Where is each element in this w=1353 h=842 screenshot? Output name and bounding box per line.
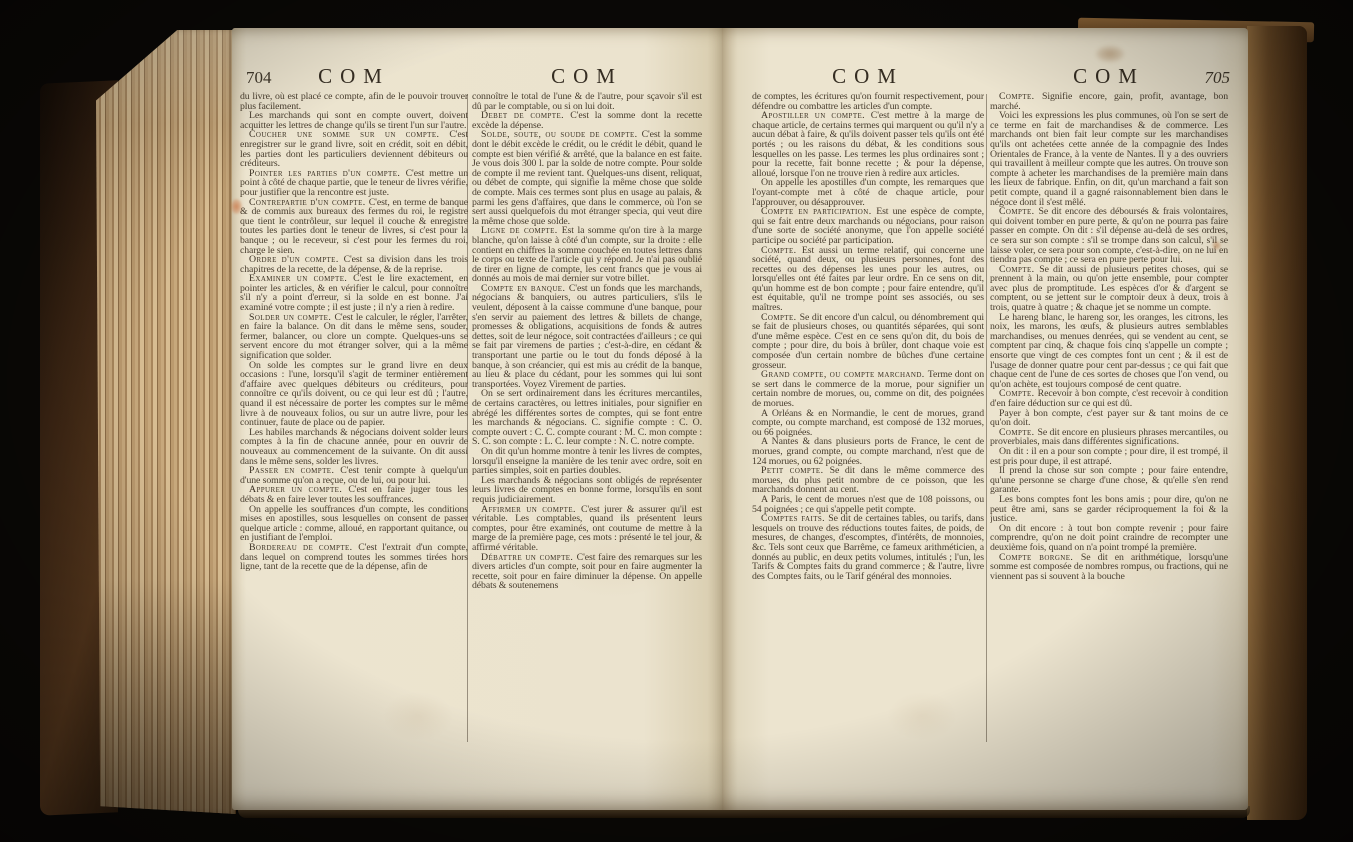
paragraph: Ligne de compte. Est la somme qu'on tire… [472,226,702,284]
paragraph: On dit : il en a pour son compte ; pour … [990,447,1228,466]
entry-head: Passer en compte. [249,465,340,476]
entry-head: Debet de compte. [481,110,570,121]
page-number-right: 705 [1160,68,1230,88]
paragraph: Compte. Se dit encore des déboursés & fr… [990,207,1228,265]
text-column: Compte. Signifie encore, gain, profit, a… [990,92,1228,581]
paragraph: Compte. Recevoir à bon compte, c'est rec… [990,389,1228,408]
paragraph: Pointer les parties d'un compte. C'est m… [240,169,468,198]
entry-head: Pointer les parties d'un compte. [249,168,406,179]
entry-head: Coucher une somme sur un compte. [249,129,449,140]
paragraph: Petit compte. Se dit dans le même commer… [752,466,984,495]
paragraph: Les habiles marchands & négocians doiven… [240,428,468,466]
paragraph: A Orléans & en Normandie, le cent de mor… [752,409,984,438]
paragraph: On dit encore : à tout bon compte reveni… [990,524,1228,553]
entry-head: Appurer un compte. [249,484,348,495]
paragraph: Payer à bon compte, c'est payer sur & ta… [990,409,1228,428]
paragraph: Affirmer un compte. C'est jurer & assure… [472,505,702,553]
entry-head: Contrepartie d'un compte. [249,197,369,208]
paragraph: Compte borgne. Se dit en arithmétique, l… [990,553,1228,582]
running-head: COM [240,64,468,89]
paragraph: Ordre d'un compte. C'est sa division dan… [240,255,468,274]
entry-head: Ligne de compte. [481,225,562,236]
paragraph: Appurer un compte. C'est en faire juger … [240,485,468,504]
entry-head: Compte. [999,206,1038,217]
paragraph: On dit qu'un homme montre à tenir les li… [472,447,702,476]
entry-head: Examiner un compte. [249,273,353,284]
paragraph: Debet de compte. C'est la somme dont la … [472,111,702,130]
paragraph: On solde les comptes sur le grand livre … [240,361,468,428]
paragraph: Compte. Signifie encore, gain, profit, a… [990,92,1228,111]
paragraph: Compte. Est aussi un terme relatif, qui … [752,246,984,313]
paragraph: On appelle les apostilles d'un compte, l… [752,178,984,207]
paragraph: Solde, soute, ou soude de compte. C'est … [472,130,702,226]
entry-head: Grand compte, ou compte marchand. [761,369,928,380]
paragraph: Comptes faits. Se dit de certaines table… [752,514,984,581]
paragraph: Débattre un compte. C'est faire des rema… [472,553,702,591]
running-head: COM [472,64,702,89]
paragraph: connoître le total de l'une & de l'autre… [472,92,702,111]
paragraph: du livre, où est placé ce compte, afin d… [240,92,468,111]
entry-head: Compte en participation. [761,206,876,217]
page-fore-edge-stack [96,30,236,814]
paragraph: Apostiller un compte. C'est mettre à la … [752,111,984,178]
paragraph: On se sert ordinairement dans les écritu… [472,389,702,447]
paragraph: Il prend la chose sur son compte ; pour … [990,466,1228,495]
entry-head: Compte. [761,245,802,256]
entry-head: Solde, soute, ou soude de compte. [481,129,642,140]
paragraph: Voici les expressions les plus communes,… [990,111,1228,207]
text-column: du livre, où est placé ce compte, afin d… [240,92,468,572]
text-column: de comptes, les écritures qu'on fournit … [752,92,984,581]
paragraph: Le hareng blanc, le hareng sor, les oran… [990,313,1228,390]
running-head: COM [752,64,984,89]
paragraph: A Paris, le cent de morues n'est que de … [752,495,984,514]
text-column: connoître le total de l'une & de l'autre… [472,92,702,591]
entry-head: Apostiller un compte. [761,110,871,121]
entry-head: Comptes faits. [761,513,828,524]
paragraph: Contrepartie d'un compte. C'est, en term… [240,198,468,256]
book-photo: 704 COM COM du livre, où est placé ce co… [0,0,1353,842]
paragraph: Coucher une somme sur un compte. C'est e… [240,130,468,168]
paragraph: Examiner un compte. C'est le lire exacte… [240,274,468,312]
paragraph: Compte en banque. C'est un fonds que les… [472,284,702,390]
paragraph: Les marchands qui sont en compte ouvert,… [240,111,468,130]
entry-head: Compte. [999,264,1039,275]
paragraph: Bordereau de compte. C'est l'extrait d'u… [240,543,468,572]
entry-head: Bordereau de compte. [249,542,358,553]
entry-head: Petit compte. [761,465,830,476]
entry-head: Solder un compte. [249,312,334,323]
paragraph: Compte. Se dit encore en plusieurs phras… [990,428,1228,447]
paragraph: Les marchands & négocians sont obligés d… [472,476,702,505]
paragraph: Solder un compte. C'est le calculer, le … [240,313,468,361]
book-cover-right [1247,26,1307,820]
paragraph: Compte en participation. Est une espèce … [752,207,984,245]
entry-head: Compte borgne. [999,552,1081,563]
entry-head: Débattre un compte. [481,552,577,563]
paragraph: Compte. Se dit aussi de plusieurs petite… [990,265,1228,313]
paragraph: Compte. Se dit encore d'un calcul, ou dé… [752,313,984,371]
entry-head: Affirmer un compte. [481,504,581,515]
paragraph: On appelle les souffrances d'un compte, … [240,505,468,543]
entry-head: Compte. [999,427,1037,438]
paragraph: Les bons comptes font les bons amis ; po… [990,495,1228,524]
left-page: 704 COM COM du livre, où est placé ce co… [232,28,722,810]
entry-head: Compte. [999,388,1038,399]
entry-head: Compte. [999,92,1042,102]
entry-head: Compte en banque. [481,283,569,294]
paragraph: Passer en compte. C'est tenir compte à q… [240,466,468,485]
entry-head: Ordre d'un compte. [249,254,344,265]
entry-head: Compte. [761,312,800,323]
column-divider [986,94,987,742]
paragraph: Grand compte, ou compte marchand. Terme … [752,370,984,408]
right-page: COM COM 705 de comptes, les écritures qu… [722,28,1248,810]
paragraph: A Nantes & dans plusieurs ports de Franc… [752,437,984,466]
paragraph: de comptes, les écritures qu'on fournit … [752,92,984,111]
